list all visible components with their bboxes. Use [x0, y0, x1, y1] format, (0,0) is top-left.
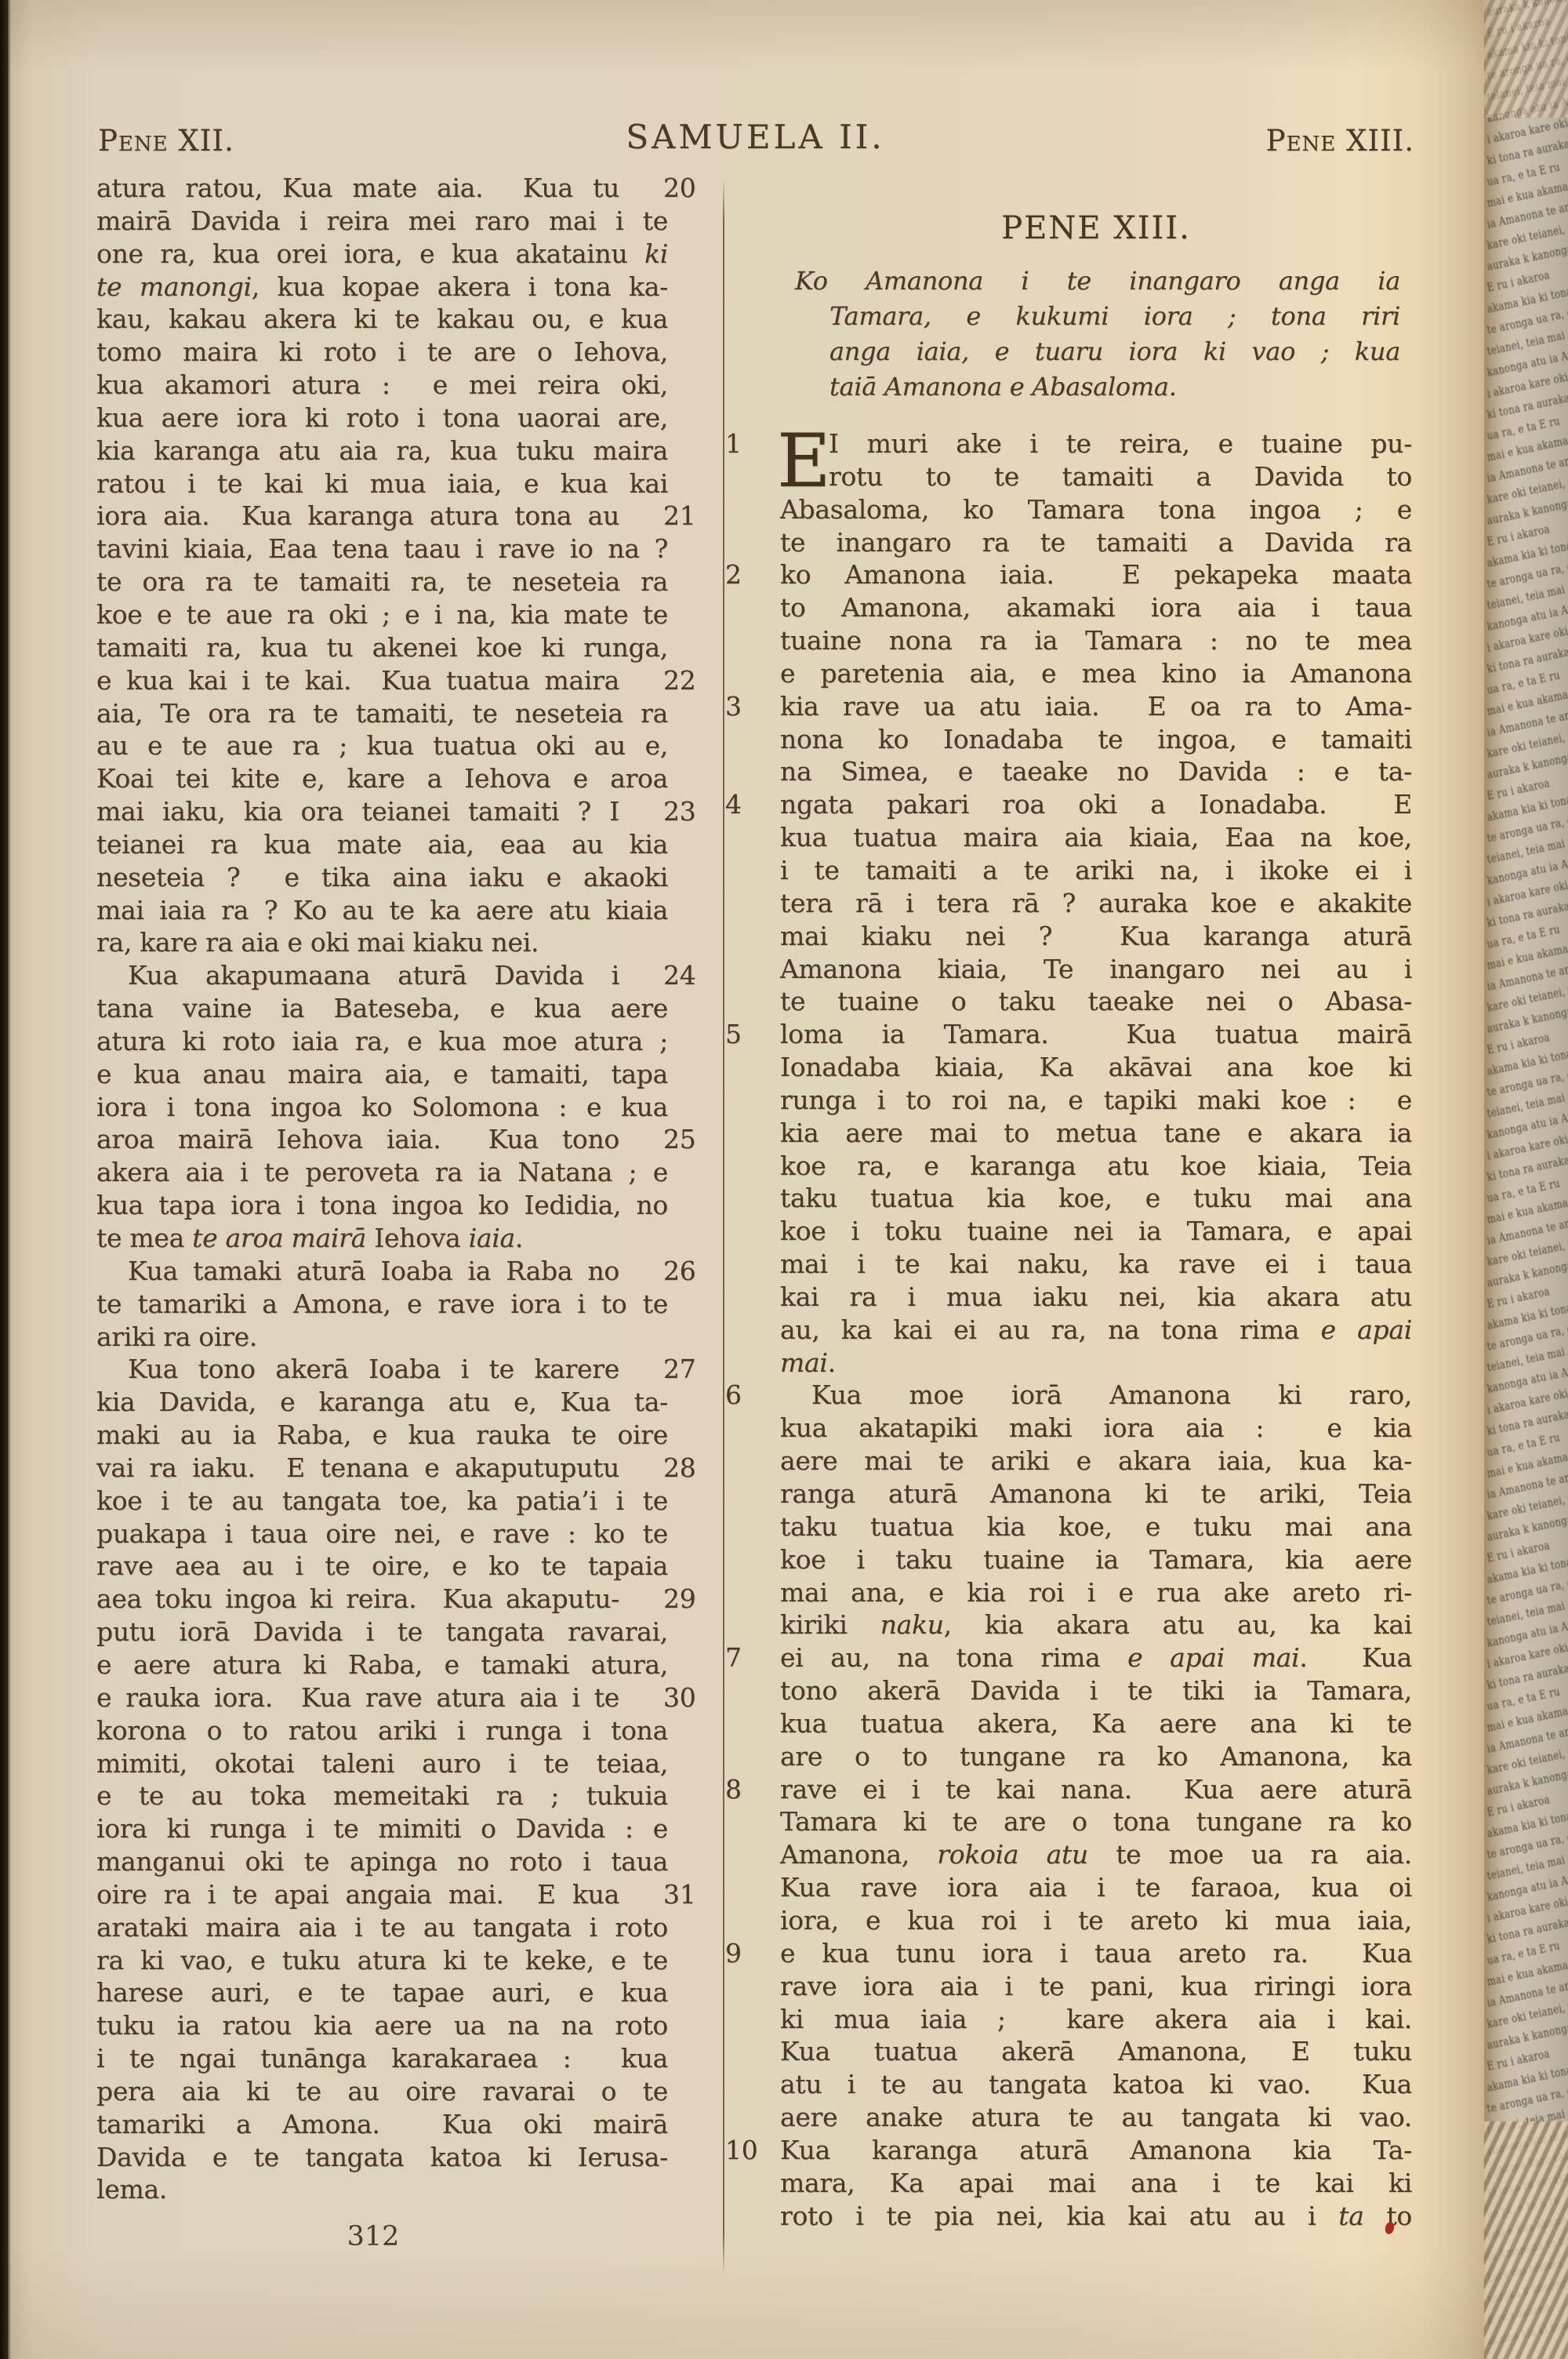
text-segment: ko Amanona iaia. E pekapeka maata — [780, 559, 1412, 590]
text-line: mai iaku, kia ora teianei tamaiti ? I23 — [96, 795, 712, 828]
text-segment: taku tuatua kia koe, e tuku mai ana — [780, 1511, 1412, 1542]
text-line: mai kiaku nei ? Kua karanga aturā — [780, 920, 1412, 953]
text-line: ki mua iaia ; kare akera aia i kai. — [780, 2003, 1412, 2036]
text-line: Davida e te tangata katoa ki Ierusa- — [96, 2141, 712, 2174]
verse-number: 24 — [663, 959, 710, 992]
text-line: putu iorā Davida i te tangata ravarai, — [96, 1616, 712, 1648]
verse-number: 2 — [725, 558, 763, 591]
text-line: koe i taku tuaine ia Tamara, kia aere — [780, 1543, 1412, 1576]
text-line: are o to tungane ra ko Amanona, ka — [780, 1740, 1412, 1773]
verse-number: 20 — [663, 172, 710, 205]
text-line: iora i tona ingoa ko Solomona : e kua — [96, 1091, 712, 1124]
text-segment: ki mua iaia ; kare akera aia i kai. — [780, 2004, 1412, 2034]
page-stack-edge-bottom — [1484, 2121, 1568, 2359]
text-line: kia aere mai to metua tane e akara ia — [780, 1117, 1412, 1150]
text-segment: kua tuatua maira aia kiaia, Eaa na koe, — [780, 822, 1412, 852]
text-segment: tamariki a Amona. Kua oki mairā — [96, 2109, 668, 2139]
text-segment: e paretenia aia, e mea kino ia Amanona — [780, 658, 1412, 689]
text-line: lema. — [96, 2173, 712, 2206]
text-segment: ngata pakari roa oki a Ionadaba. E — [780, 789, 1412, 820]
text-segment: to Amanona, akamaki iora aia i taua — [780, 592, 1412, 623]
text-segment: aere mai te ariki e akara iaia, kua ka- — [780, 1445, 1412, 1476]
chapter-heading: PENE XIII. — [780, 210, 1412, 246]
text-line: te manongi, kua kopae akera i tona ka- — [96, 271, 712, 304]
text-segment: harese auri, e te tapae auri, e kua — [96, 1977, 668, 2008]
text-segment: roto i te pia nei, kia kai atu au i — [780, 2201, 1338, 2231]
text-line: to Amanona, akamaki iora aia i taua — [780, 591, 1412, 624]
text-segment: arataki maira aia i te au tangata i roto — [96, 1912, 668, 1943]
text-segment: taiā Amanona e Abasaloma. — [829, 372, 1177, 402]
book-page: Pene XII. SAMUELA II. Pene XIII. atura r… — [8, 0, 1484, 2359]
text-line: loma ia Tamara. Kua tuatua mairā5 — [780, 1018, 1412, 1051]
text-segment: ei au, na tona rima — [780, 1642, 1127, 1673]
text-line: rotu to te tamaiti a Davida to — [780, 460, 1412, 493]
text-segment: mai ana, e kia roi i e rua ake areto ri- — [780, 1577, 1412, 1608]
text-line: teianei ra kua mate aia, eaa au kia — [96, 828, 712, 861]
verse-number: 23 — [663, 795, 710, 828]
text-line: e aere atura ki Raba, e tamaki atura, — [96, 1648, 712, 1681]
text-segment: Kua rave iora aia i te faraoa, kua oi — [780, 1872, 1412, 1903]
text-segment: mai i te kai naku, ka rave ei i taua — [780, 1249, 1412, 1279]
text-line: iora, e kua roi i te areto ki mua iaia, — [780, 1904, 1412, 1937]
verse-number: 26 — [663, 1255, 710, 1288]
text-line: au, ka kai ei au ra, na tona rima e apai — [780, 1314, 1412, 1347]
text-line: kua tuatua maira aia kiaia, Eaa na koe, — [780, 821, 1412, 854]
text-line: e rauka iora. Kua rave atura aia i te30 — [96, 1681, 712, 1714]
text-segment: are o to tungane ra ko Amanona, ka — [780, 1741, 1412, 1772]
text-segment: Iehova — [366, 1223, 469, 1253]
text-line: koe i toku tuaine nei ia Tamara, e apai — [780, 1215, 1412, 1248]
text-segment: koe i toku tuaine nei ia Tamara, e apai — [780, 1216, 1412, 1246]
text-line: tavini kiaia, Eaa tena taau i rave io na… — [96, 533, 712, 565]
text-line: mai. — [780, 1347, 1412, 1379]
text-line: aere anake atura te au tangata ki vao. — [780, 2101, 1412, 2134]
text-line: i te tamaiti a te ariki na, i ikoke ei i — [780, 854, 1412, 887]
text-line: e kua tunu iora i taua areto ra. Kua9 — [780, 1937, 1412, 1970]
text-line: e paretenia aia, e mea kino ia Amanona — [780, 657, 1412, 690]
text-line: arataki maira aia i te au tangata i roto — [96, 1911, 712, 1944]
text-segment: nona ko Ionadaba te ingoa, e tamaiti — [780, 724, 1412, 754]
text-line: iora aia. Kua karanga atura tona au21 — [96, 500, 712, 533]
text-line: harese auri, e te tapae auri, e kua — [96, 1976, 712, 2009]
text-segment: aea toku ingoa ki reira. Kua akaputu- — [96, 1583, 619, 1614]
text-segment: kua tuatua akera, Ka aere ana ki te — [780, 1708, 1412, 1739]
text-segment: te ora ra te tamaiti ra, te neseteia ra — [96, 566, 668, 597]
text-segment: , kia akara atu au, ka kai — [944, 1609, 1412, 1640]
text-line: tana vaine ia Bateseba, e kua aere — [96, 992, 712, 1025]
text-segment: iora ki runga i te mimiti o Davida : e — [96, 1813, 668, 1844]
text-segment: korona o to ratou ariki i runga i tona — [96, 1715, 668, 1746]
text-line: Kua tono akerā Ioaba i te karere27 — [96, 1353, 712, 1386]
text-segment: aia, Te ora ra te tamaiti, te neseteia r… — [96, 698, 668, 729]
text-line: i te ngai tunānga karakaraea : kua — [96, 2042, 712, 2075]
text-line: rave ei i te kai nana. Kua aere aturā8 — [780, 1773, 1412, 1806]
text-line: ranga aturā Amanona ki te ariki, Teia — [780, 1478, 1412, 1510]
verse-number: 10 — [725, 2134, 763, 2167]
italic-text: iaia — [469, 1223, 515, 1253]
verse-number: 6 — [725, 1379, 763, 1412]
italic-text: ta — [1338, 2201, 1363, 2231]
text-line: manganui oki te apinga no roto i taua — [96, 1845, 712, 1878]
text-line: oire ra i te apai angaia mai. E kua31 — [96, 1878, 712, 1911]
text-segment: atura ki roto iaia ra, e kua moe atura ; — [96, 1026, 668, 1056]
text-segment: maki au ia Raba, e kua rauka te oire — [96, 1419, 668, 1450]
text-segment: te mea — [96, 1223, 192, 1253]
text-segment: na Simea, e taeake no Davida : e ta- — [780, 756, 1412, 787]
text-line: Abasaloma, ko Tamara tona ingoa ; e — [780, 493, 1412, 526]
text-segment: kau, kakau akera ki te kakau ou, e kua — [96, 304, 668, 334]
text-line: taku tuatua kia koe, e tuku mai ana — [780, 1182, 1412, 1215]
text-segment: . — [515, 1223, 523, 1253]
text-segment: Ko Amanona i te inangaro anga ia — [795, 266, 1400, 296]
text-line: puakapa i taua oire nei, e rave : ko te — [96, 1518, 712, 1550]
text-segment: te moe ua ra aia. — [1088, 1839, 1412, 1870]
text-line: tono akerā Davida i te tiki ia Tamara, — [780, 1674, 1412, 1707]
verse-number: 4 — [725, 788, 763, 821]
text-segment: teianei ra kua mate aia, eaa au kia — [96, 829, 668, 860]
text-line: korona o to ratou ariki i runga i tona — [96, 1714, 712, 1747]
text-line: Kua rave iora aia i te faraoa, kua oi — [780, 1871, 1412, 1904]
text-segment: mai kiaku nei ? Kua karanga aturā — [780, 921, 1412, 951]
text-segment: te tamariki a Amona, e rave iora i to te — [96, 1289, 668, 1319]
text-line: atura ratou, Kua mate aia. Kua tu20 — [96, 172, 712, 205]
text-segment: Kua karanga aturā Amanona kia Ta- — [780, 2135, 1412, 2165]
verse-number: 21 — [663, 500, 710, 533]
text-segment: kua tapa iora i tona ingoa ko Iedidia, n… — [96, 1190, 668, 1220]
text-segment: Abasaloma, ko Tamara tona ingoa ; e — [780, 494, 1412, 525]
text-line: kua aere iora ki roto i tona uaorai are, — [96, 402, 712, 434]
text-segment: Kua tamaki aturā Ioaba ia Raba no — [128, 1256, 619, 1286]
text-line: kau, kakau akera ki te kakau ou, e kua — [96, 303, 712, 336]
text-line: kai ra i mua iaku nei, kia akara atu — [780, 1281, 1412, 1314]
text-segment: mai iaia ra ? Ko au te ka aere atu kiaia — [96, 895, 668, 925]
text-line: Kua akapumaana aturā Davida i24 — [96, 959, 712, 992]
text-segment: . Kua — [1299, 1642, 1412, 1673]
text-segment: koe ra, e karanga atu koe kiaia, Teia — [780, 1150, 1412, 1181]
text-segment: Davida e te tangata katoa ki Ierusa- — [96, 2142, 668, 2172]
text-segment: kia aere mai to metua tane e akara ia — [780, 1118, 1412, 1148]
text-segment: tomo maira ki roto i te are o Iehova, — [96, 336, 668, 367]
text-line: tamariki a Amona. Kua oki mairā — [96, 2108, 712, 2141]
text-line: anga iaia, e tuaru iora ki vao ; kua — [795, 334, 1400, 369]
text-segment: oire ra i te apai angaia mai. E kua — [96, 1879, 619, 1910]
text-segment: rave iora aia i te pani, kua riringi ior… — [780, 1971, 1412, 2001]
text-line: Amanona, rokoia atu te moe ua ra aia. — [780, 1838, 1412, 1871]
text-line: roto i te pia nei, kia kai atu au i ta t… — [780, 2200, 1412, 2233]
text-segment: kua akamori atura : e mei reira oki, — [96, 369, 668, 400]
text-line: te tamariki a Amona, e rave iora i to te — [96, 1288, 712, 1321]
text-segment: iora, e kua roi i te areto ki mua iaia, — [780, 1905, 1412, 1936]
italic-text: mai — [780, 1347, 828, 1378]
text-line: atura ki roto iaia ra, e kua moe atura ; — [96, 1025, 712, 1058]
text-line: koe ra, e karanga atu koe kiaia, Teia — [780, 1150, 1412, 1183]
italic-text: e apai mai — [1127, 1642, 1299, 1673]
text-segment: au e te aue ra ; kua tuatua oki au e, — [96, 730, 668, 761]
text-line: mai i te kai naku, ka rave ei i taua — [780, 1248, 1412, 1281]
text-line: tuku ia ratou kia aere ua na na roto — [96, 2009, 712, 2042]
verse-number: 1 — [725, 427, 763, 460]
verse-number: 22 — [663, 664, 710, 697]
text-segment: I muri ake i te reira, e tuaine pu- — [829, 428, 1412, 459]
italic-text: te manongi — [96, 271, 252, 302]
text-line: Koai tei kite e, kare a Iehova e aroa — [96, 762, 712, 795]
text-line: Kua karanga aturā Amanona kia Ta-10 — [780, 2134, 1412, 2167]
text-segment: vai ra iaku. E tenana e akaputuputu — [96, 1452, 619, 1483]
text-line: e kua kai i te kai. Kua tuatua maira22 — [96, 664, 712, 697]
text-segment: rotu to te tamaiti a Davida to — [829, 461, 1412, 492]
text-line: koe i te au tangata toe, ka patia’i i te — [96, 1485, 712, 1518]
text-segment: taku tuatua kia koe, e tuku mai ana — [780, 1183, 1412, 1213]
verse-number: 5 — [725, 1018, 763, 1051]
text-line: tomo maira ki roto i te are o Iehova, — [96, 336, 712, 369]
text-line: tamaiti ra, kua tu akenei koe ki runga, — [96, 631, 712, 664]
text-segment: e kua tunu iora i taua areto ra. Kua — [780, 1938, 1412, 1968]
text-segment: tavini kiaia, Eaa tena taau i rave io na… — [96, 533, 668, 564]
left-text-column: atura ratou, Kua mate aia. Kua tu20mairā… — [96, 172, 712, 2206]
text-line: akera aia i te peroveta ra ia Natana ; e — [96, 1156, 712, 1189]
text-line: mimiti, okotai taleni auro i te teiaa, — [96, 1747, 712, 1780]
text-segment: koe i taku tuaine ia Tamara, kia aere — [780, 1544, 1412, 1575]
text-segment: runga i to roi na, e tapiki maki koe : e — [780, 1085, 1412, 1115]
text-segment: kai ra i mua iaku nei, kia akara atu — [780, 1281, 1412, 1312]
italic-text: naku — [880, 1609, 944, 1640]
text-segment: loma ia Tamara. Kua tuatua mairā — [780, 1019, 1412, 1049]
text-line: runga i to roi na, e tapiki maki koe : e — [780, 1084, 1412, 1117]
text-segment: atu i te au tangata katoa ki vao. Kua — [780, 2069, 1412, 2099]
text-line: Ko Amanona i te inangaro anga ia — [795, 264, 1400, 299]
text-segment: te inangaro ra te tamaiti a Davida ra — [780, 527, 1412, 558]
verse-number: 29 — [663, 1583, 710, 1616]
text-segment: rave aea au i te oire, e ko te tapaia — [96, 1550, 668, 1581]
text-segment: aere anake atura te au tangata ki vao. — [780, 2102, 1412, 2132]
text-segment: ranga aturā Amanona ki te ariki, Teia — [780, 1478, 1412, 1509]
verse-number: 7 — [725, 1641, 763, 1674]
right-text-column: E I muri ake i te reira, e tuaine pu-1ro… — [780, 427, 1412, 2232]
text-segment: e rauka iora. Kua rave atura aia i te — [96, 1682, 619, 1713]
italic-text: te aroa mairā — [192, 1223, 366, 1253]
text-line: one ra, kua orei iora, e kua akatainu ki — [96, 238, 712, 271]
text-segment: akera aia i te peroveta ra ia Natana ; e — [96, 1157, 668, 1187]
text-segment: iora aia. Kua karanga atura tona au — [96, 500, 619, 531]
text-segment: pera aia ki te au oire ravarai o te — [96, 2076, 668, 2106]
text-line: Ionadaba kiaia, Ka akāvai ana koe ki — [780, 1051, 1412, 1084]
text-segment: tuaine nona ra ia Tamara : no te mea — [780, 625, 1412, 656]
text-segment: mai iaku, kia ora teianei tamaiti ? I — [96, 796, 619, 827]
text-segment: e kua kai i te kai. Kua tuatua maira — [96, 665, 619, 696]
text-segment: e kua anau maira aia, e tamaiti, tapa — [96, 1059, 668, 1089]
text-segment: kia Davida, e karanga atu e, Kua ta- — [96, 1387, 668, 1417]
text-segment: Ionadaba kiaia, Ka akāvai ana koe ki — [780, 1052, 1412, 1082]
text-segment: ratou i te kai ki mua iaia, e kua kai — [96, 468, 668, 499]
text-segment: tuku ia ratou kia aere ua na na roto — [96, 2010, 668, 2041]
text-segment: Amanona kiaia, Te inangaro nei au i — [780, 954, 1412, 984]
text-line: te tuaine o taku taeake nei o Abasa- — [780, 985, 1412, 1018]
text-segment: anga iaia, e tuaru iora ki vao ; kua — [829, 336, 1400, 366]
text-segment: atura ratou, Kua mate aia. Kua tu — [96, 173, 619, 203]
text-segment: tera rā i tera rā ? auraka koe e akakite — [780, 888, 1412, 918]
text-segment: kia karanga atu aia ra, kua tuku maira — [96, 435, 668, 466]
header-chapter-right: Pene XIII. — [1266, 124, 1414, 158]
text-line: Kua tamaki aturā Ioaba ia Raba no26 — [96, 1255, 712, 1288]
text-line: e kua anau maira aia, e tamaiti, tapa — [96, 1058, 712, 1091]
text-segment: Kua akapumaana aturā Davida i — [128, 960, 619, 990]
text-segment: , kua kopae akera i tona ka- — [252, 271, 668, 302]
text-segment: . — [828, 1347, 836, 1378]
text-segment: mimiti, okotai taleni auro i te teiaa, — [96, 1748, 668, 1779]
text-segment: Kua moe iorā Amanona ki raro, — [811, 1379, 1412, 1410]
text-line: aea toku ingoa ki reira. Kua akaputu-29 — [96, 1583, 712, 1616]
page-number: 312 — [96, 2221, 650, 2252]
text-segment: i te ngai tunānga karakaraea : kua — [96, 2043, 668, 2074]
book-photo: { "header": { "left": "Pene XII.", "cent… — [0, 0, 1568, 2359]
spine-shadow — [0, 0, 11, 2359]
text-segment: kua akatapiki maki iora aia : e kia — [780, 1412, 1412, 1443]
text-line: te ora ra te tamaiti ra, te neseteia ra — [96, 565, 712, 598]
text-line: kua akamori atura : e mei reira oki, — [96, 369, 712, 402]
text-segment: Kua tono akerā Ioaba i te karere — [128, 1354, 619, 1384]
text-line: kia rave ua atu iaia. E oa ra to Ama-3 — [780, 690, 1412, 723]
text-segment: e te au toka memeitaki ra ; tukuia — [96, 1780, 668, 1811]
verse-number: 25 — [663, 1123, 710, 1156]
text-segment: mara, Ka apai mai ana i te kai ki — [780, 2168, 1412, 2198]
text-line: aia, Te ora ra te tamaiti, te neseteia r… — [96, 697, 712, 730]
text-line: rave iora aia i te pani, kua riringi ior… — [780, 1970, 1412, 2003]
text-line: nona ko Ionadaba te ingoa, e tamaiti — [780, 723, 1412, 756]
verse-number: 28 — [663, 1452, 710, 1485]
text-line: koe e te aue ra oki ; e i na, kia mate t… — [96, 598, 712, 631]
text-line: te mea te aroa mairā Iehova iaia. — [96, 1222, 712, 1255]
text-line: ra, kare ra aia e oki mai kiaku nei. — [96, 926, 712, 959]
text-segment: kia rave ua atu iaia. E oa ra to Ama- — [780, 691, 1412, 722]
text-segment: iora i tona ingoa ko Solomona : e kua — [96, 1092, 668, 1122]
text-segment: koe i te au tangata toe, ka patia’i i te — [96, 1485, 668, 1516]
verse-number: 9 — [725, 1937, 763, 1970]
text-segment: lema. — [96, 2174, 167, 2205]
text-line: aroa mairā Iehova iaia. Kua tono25 — [96, 1123, 712, 1156]
text-line: ngata pakari roa oki a Ionadaba. E4 — [780, 788, 1412, 821]
italic-text: ki — [644, 238, 668, 269]
text-segment: kua aere iora ki roto i tona uaorai are, — [96, 402, 668, 433]
page-stack-edge-top — [1484, 0, 1568, 118]
text-line: kiriki naku, kia akara atu au, ka kai — [780, 1608, 1412, 1641]
text-line: Kua tuatua akerā Amanona, E tuku — [780, 2035, 1412, 2068]
text-line: taku tuatua kia koe, e tuku mai ana — [780, 1510, 1412, 1543]
text-segment: puakapa i taua oire nei, e rave : ko te — [96, 1518, 668, 1549]
text-segment: koe e te aue ra oki ; e i na, kia mate t… — [96, 599, 668, 630]
text-line: mara, Ka apai mai ana i te kai ki — [780, 2167, 1412, 2200]
text-segment: manganui oki te apinga no roto i taua — [96, 1846, 668, 1877]
text-line: ra ki vao, e tuku atura ki te keke, e te — [96, 1944, 712, 1977]
text-segment: ariki ra oire. — [96, 1321, 257, 1352]
text-line: kua tuatua akera, Ka aere ana ki te — [780, 1707, 1412, 1740]
text-line: Kua moe iorā Amanona ki raro,6 — [780, 1379, 1412, 1412]
text-segment: Tamara ki te are o tona tungane ra ko — [780, 1806, 1412, 1837]
text-line: kia Davida, e karanga atu e, Kua ta- — [96, 1386, 712, 1419]
text-line: mai iaia ra ? Ko au te ka aere atu kiaia — [96, 894, 712, 927]
verse-number: 3 — [725, 690, 763, 723]
text-line: e te au toka memeitaki ra ; tukuia — [96, 1779, 712, 1812]
text-line: ariki ra oire. — [96, 1321, 712, 1354]
text-line: tuaine nona ra ia Tamara : no te mea — [780, 624, 1412, 657]
text-segment: tana vaine ia Bateseba, e kua aere — [96, 993, 668, 1023]
column-divider-rule — [723, 179, 724, 2274]
text-segment: ra, kare ra aia e oki mai kiaku nei. — [96, 927, 539, 958]
text-segment: Amanona, — [780, 1839, 937, 1870]
text-segment: putu iorā Davida i te tangata ravarai, — [96, 1616, 668, 1647]
text-line: kua tapa iora i tona ingoa ko Iedidia, n… — [96, 1189, 712, 1222]
text-line: neseteia ? e tika aina iaku e akaoki — [96, 861, 712, 894]
text-segment: kiriki — [780, 1609, 880, 1640]
text-segment: one ra, kua orei iora, e kua akatainu — [96, 238, 644, 269]
text-line: ei au, na tona rima e apai mai. Kua7 — [780, 1641, 1412, 1674]
chapter-summary: Ko Amanona i te inangaro anga iaTamara, … — [795, 264, 1400, 405]
text-segment: au, ka kai ei au ra, na tona rima — [780, 1314, 1321, 1345]
text-line: Tamara, e kukumi iora ; tona riri — [795, 299, 1400, 334]
text-segment: rave ei i te kai nana. Kua aere aturā — [780, 1774, 1412, 1805]
text-segment: ra ki vao, e tuku atura ki te keke, e te — [96, 1945, 668, 1976]
text-line: pera aia ki te au oire ravarai o te — [96, 2075, 712, 2108]
text-segment: mairā Davida i reira mei raro mai i te — [96, 205, 668, 236]
verse-number: 8 — [725, 1773, 763, 1806]
text-line: I muri ake i te reira, e tuaine pu-1 — [780, 427, 1412, 460]
text-line: mai ana, e kia roi i e rua ake areto ri- — [780, 1576, 1412, 1609]
text-line: na Simea, e taeake no Davida : e ta- — [780, 755, 1412, 788]
text-line: kia karanga atu aia ra, kua tuku maira — [96, 434, 712, 467]
italic-text: rokoia atu — [937, 1839, 1088, 1870]
text-line: Amanona kiaia, Te inangaro nei au i — [780, 953, 1412, 986]
text-line: ratou i te kai ki mua iaia, e kua kai — [96, 467, 712, 500]
text-line: aere mai te ariki e akara iaia, kua ka- — [780, 1445, 1412, 1478]
text-line: maki au ia Raba, e kua rauka te oire — [96, 1419, 712, 1452]
text-segment: i te tamaiti a te ariki na, i ikoke ei i — [780, 855, 1412, 885]
text-segment: te tuaine o taku taeake nei o Abasa- — [780, 986, 1412, 1016]
running-header: Pene XII. SAMUELA II. Pene XIII. — [96, 118, 1414, 165]
verse-number: 31 — [663, 1878, 710, 1911]
text-line: mairā Davida i reira mei raro mai i te — [96, 205, 712, 238]
text-segment: tamaiti ra, kua tu akenei koe ki runga, — [96, 632, 668, 663]
text-segment: Kua tuatua akerā Amanona, E tuku — [780, 2036, 1412, 2066]
verse-number: 30 — [663, 1681, 710, 1714]
text-segment: tono akerā Davida i te tiki ia Tamara, — [780, 1675, 1412, 1706]
text-line: au e te aue ra ; kua tuatua oki au e, — [96, 729, 712, 762]
text-segment: neseteia ? e tika aina iaku e akaoki — [96, 862, 668, 892]
text-segment: aroa mairā Iehova iaia. Kua tono — [96, 1124, 619, 1154]
text-line: Tamara ki te are o tona tungane ra ko — [780, 1805, 1412, 1838]
header-book-title: SAMUELA II. — [96, 118, 1414, 156]
text-line: ko Amanona iaia. E pekapeka maata2 — [780, 558, 1412, 591]
text-line: te inangaro ra te tamaiti a Davida ra — [780, 526, 1412, 559]
text-line: iora ki runga i te mimiti o Davida : e — [96, 1812, 712, 1845]
text-segment: Koai tei kite e, kare a Iehova e aroa — [96, 763, 668, 794]
text-segment: e aere atura ki Raba, e tamaki atura, — [96, 1649, 668, 1680]
italic-text: e apai — [1321, 1314, 1412, 1345]
text-segment: Tamara, e kukumi iora ; tona riri — [829, 301, 1400, 331]
text-line: atu i te au tangata katoa ki vao. Kua — [780, 2068, 1412, 2101]
text-line: kua akatapiki maki iora aia : e kia — [780, 1412, 1412, 1445]
text-line: tera rā i tera rā ? auraka koe e akakite — [780, 887, 1412, 920]
text-line: taiā Amanona e Abasaloma. — [795, 369, 1400, 405]
verse-number: 27 — [663, 1353, 710, 1386]
text-line: vai ra iaku. E tenana e akaputuputu28 — [96, 1452, 712, 1485]
opposite-page-edge: kare oki teianei, teiaauraka k kanonga a… — [1484, 0, 1568, 2359]
text-line: rave aea au i te oire, e ko te tapaia — [96, 1550, 712, 1583]
